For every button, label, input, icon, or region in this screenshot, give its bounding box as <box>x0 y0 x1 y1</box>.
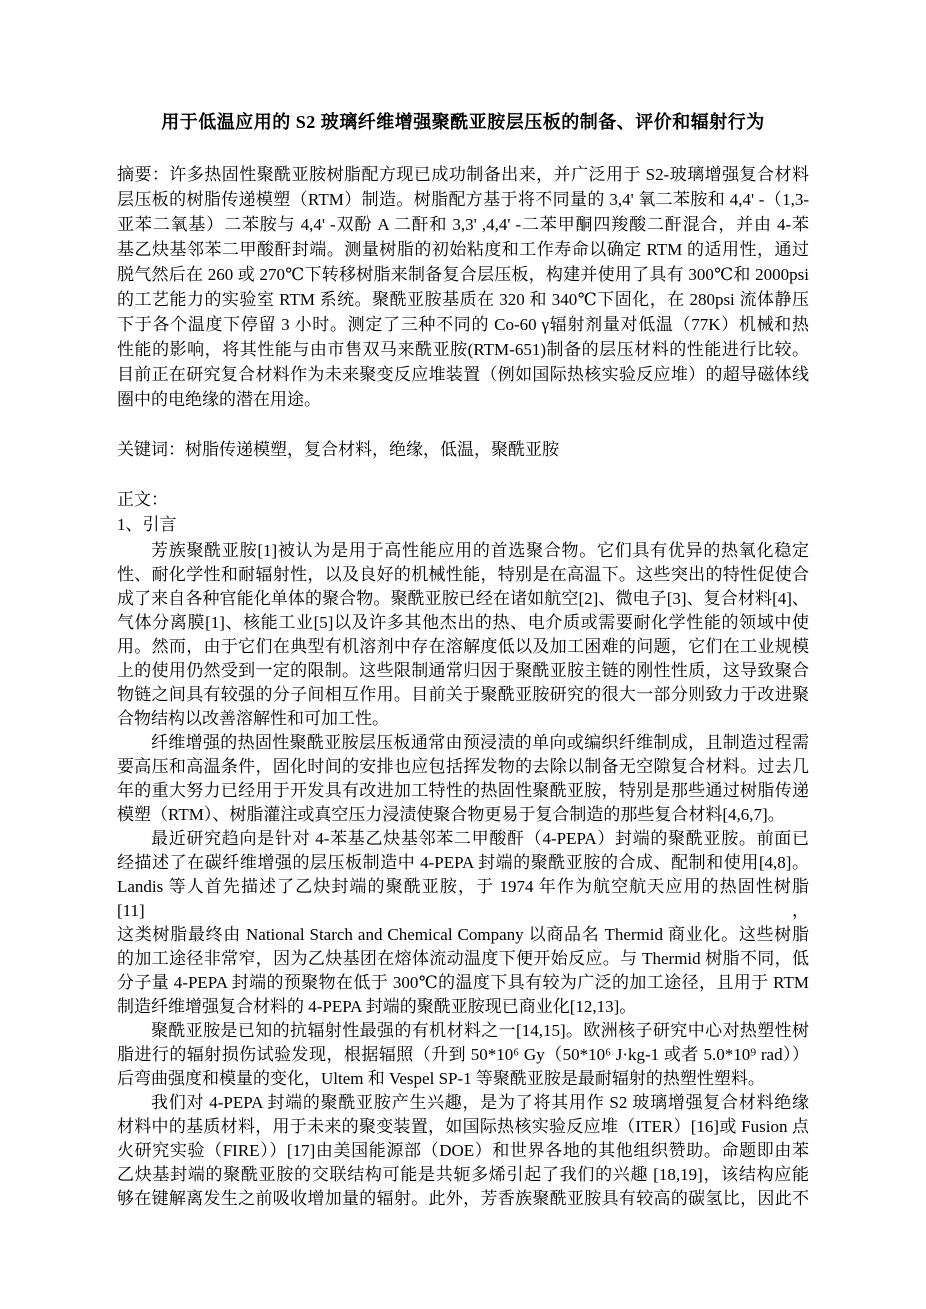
paragraph-line: 火研究实验（FIRE））[17]由美国能源部（DOE）和世界各地的其他组织赞助。… <box>117 1139 809 1163</box>
paragraph-line: 这类树脂最终由 National Starch and Chemical Com… <box>117 923 809 947</box>
paragraph-line: 用。然而，由于它们在典型有机溶剂中存在溶解度低以及加工困难的问题，它们在工业规模 <box>117 635 809 659</box>
abstract-line: 层压板的树脂传递模塑（RTM）制造。树脂配方基于将不同量的 3,4' 氧二苯胺和… <box>117 187 809 212</box>
paragraph-line: 制造纤维增强复合材料的 4-PEPA 封端的聚酰亚胺现已商业化[12,13]。 <box>117 995 809 1019</box>
abstract-section: 摘要：许多热固性聚酰亚胺树脂配方现已成功制备出来，并广泛用于 S2-玻璃增强复合… <box>117 162 809 412</box>
paragraph-line: 聚酰亚胺是已知的抗辐射性最强的有机材料之一[14,15]。欧洲核子研究中心对热塑… <box>117 1019 809 1043</box>
paragraph-line: 的加工途径非常窄，因为乙炔基团在熔体流动温度下便开始反应。与 Thermid 树… <box>117 947 809 971</box>
abstract-line: 圈中的电绝缘的潜在用途。 <box>117 387 809 412</box>
paragraph-line: Landis 等人首先描述了乙炔封端的聚酰亚胺，于 1974 年作为航空航天应用… <box>117 875 809 923</box>
paragraph-line: 模塑（RTM）、树脂灌注或真空压力浸渍使聚合物更易于复合制造的那些复合材料[4,… <box>117 803 809 827</box>
paragraph-line: 成了来自各种官能化单体的聚合物。聚酰亚胺已经在诸如航空[2]、微电子[3]、复合… <box>117 587 809 611</box>
body-text: 芳族聚酰亚胺[1]被认为是用于高性能应用的首选聚合物。它们具有优异的热氧化稳定 … <box>117 539 809 1211</box>
abstract-line: 亚苯二氧基）二苯胺与 4,4' -双酚 A 二酐和 3,3' ,4,4' -二苯… <box>117 212 809 237</box>
paragraph-line: 乙炔基封端的聚酰亚胺的交联结构可能是共轭多烯引起了我们的兴趣 [18,19]，该… <box>117 1163 809 1187</box>
body-label: 正文： <box>117 487 809 512</box>
paragraph-line: 够在键解离发生之前吸收增加量的辐射。此外，芳香族聚酰亚胺具有较高的碳氢比，因此不 <box>117 1187 809 1211</box>
paragraph-line: 材料中的基质材料，用于未来的聚变装置，如国际热核实验反应堆（ITER）[16]或… <box>117 1115 809 1139</box>
paragraph-line: 合物结构以改善溶解性和可加工性。 <box>117 707 809 731</box>
abstract-line: 基乙炔基邻苯二甲酸酐封端。测量树脂的初始粘度和工作寿命以确定 RTM 的适用性，… <box>117 237 809 262</box>
paragraph-line: 性、耐化学性和耐辐射性，以及良好的机械性能，特别是在高温下。这些突出的特性促使合 <box>117 563 809 587</box>
abstract-line: 的工艺能力的实验室 RTM 系统。聚酰亚胺基质在 320 和 340℃下固化，在… <box>117 287 809 312</box>
paragraph-line: 上的使用仍然受到一定的限制。这些限制通常归因于聚酰亚胺主链的刚性性质，这导致聚合 <box>117 659 809 683</box>
paragraph-line: 我们对 4-PEPA 封端的聚酰亚胺产生兴趣，是为了将其用作 S2 玻璃增强复合… <box>117 1091 809 1115</box>
paragraph-line: 后弯曲强度和模量的变化，Ultem 和 Vespel SP-1 等聚酰亚胺是最耐… <box>117 1067 809 1091</box>
paragraph-line: 物链之间具有较强的分子间相互作用。目前关于聚酰亚胺研究的很大一部分则致力于改进聚 <box>117 683 809 707</box>
paragraph-line: 纤维增强的热固性聚酰亚胺层压板通常由预浸渍的单向或编织纤维制成，且制造过程需 <box>117 731 809 755</box>
paragraph-line: 脂进行的辐射损伤试验发现，根据辐照（升到 50*10⁶ Gy（50*10⁶ J·… <box>117 1043 809 1067</box>
paragraph-line: 最近研究趋向是针对 4-苯基乙炔基邻苯二甲酸酐（4-PEPA）封端的聚酰亚胺。前… <box>117 827 809 851</box>
abstract-line: 性能的影响，将其性能与由市售双马来酰亚胺(RTM-651)制备的层压材料的性能进… <box>117 337 809 362</box>
keywords-line: 关键词：树脂传递模塑，复合材料，绝缘，低温，聚酰亚胺 <box>117 437 809 462</box>
section-heading: 1、引言 <box>117 512 809 537</box>
paragraph-line: 要高压和高温条件，固化时间的安排也应包括挥发物的去除以制备无空隙复合材料。过去几 <box>117 755 809 779</box>
paragraph-line: 经描述了在碳纤维增强的层压板制造中 4-PEPA 封端的聚酰亚胺的合成、配制和使… <box>117 851 809 875</box>
abstract-line: 摘要：许多热固性聚酰亚胺树脂配方现已成功制备出来，并广泛用于 S2-玻璃增强复合… <box>117 162 809 187</box>
abstract-line: 脱气然后在 260 或 270℃下转移树脂来制备复合层压板，构建并使用了具有 3… <box>117 262 809 287</box>
document-title: 用于低温应用的 S2 玻璃纤维增强聚酰亚胺层压板的制备、评价和辐射行为 <box>117 110 809 135</box>
abstract-line: 下于各个温度下停留 3 小时。测定了三种不同的 Co-60 γ辐射剂量对低温（7… <box>117 312 809 337</box>
paragraph-line: 年的重大努力已经用于开发具有改进加工特性的热固性聚酰亚胺，特别是那些通过树脂传递 <box>117 779 809 803</box>
paragraph-line: 芳族聚酰亚胺[1]被认为是用于高性能应用的首选聚合物。它们具有优异的热氧化稳定 <box>117 539 809 563</box>
document-page: 用于低温应用的 S2 玻璃纤维增强聚酰亚胺层压板的制备、评价和辐射行为 摘要：许… <box>0 0 926 1309</box>
paragraph-line: 分子量 4-PEPA 封端的预聚物在低于 300℃的温度下具有较为广泛的加工途径… <box>117 971 809 995</box>
paragraph-line: 气体分离膜[1]、核能工业[5]以及许多其他杰出的热、电介质或需要耐化学性能的领… <box>117 611 809 635</box>
abstract-line: 目前正在研究复合材料作为未来聚变反应堆装置（例如国际热核实验反应堆）的超导磁体线 <box>117 362 809 387</box>
